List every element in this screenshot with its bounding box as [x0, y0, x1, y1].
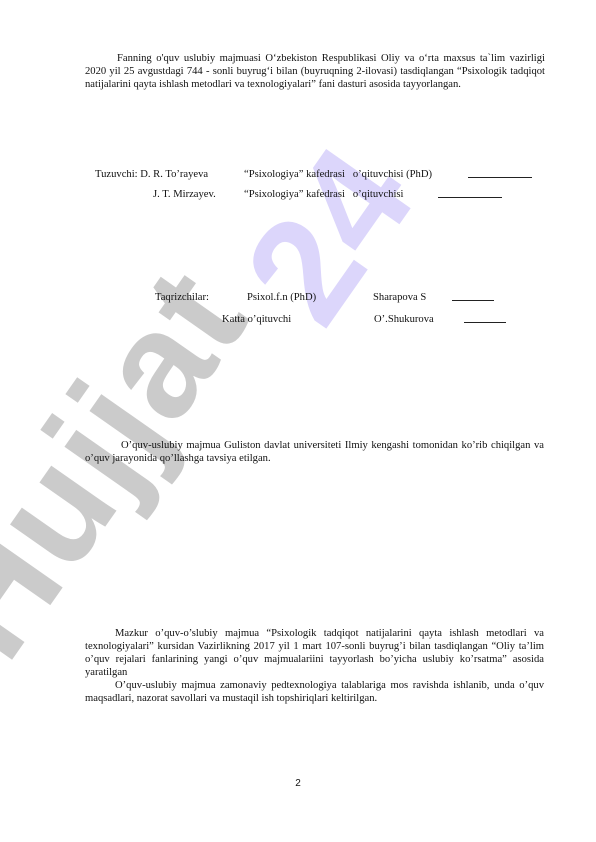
author-1-role: “Psixologiya” kafedrasi o’qituvchisi (Ph…: [244, 168, 432, 181]
reviewer-1-title: Psixol.f.n (PhD): [247, 291, 316, 304]
author-position: o’qituvchisi: [353, 189, 404, 200]
authors-label: Tuzuvchi:: [95, 169, 138, 180]
author-name: J. T. Mirzayev.: [153, 189, 216, 200]
author-1-signature: [468, 168, 532, 182]
reviewer-2-title: Katta o’qituvchi: [222, 313, 291, 326]
reviewer-1-name: Sharapova S: [373, 291, 426, 304]
signature-line: [438, 188, 502, 198]
author-department: “Psixologiya” kafedrasi: [244, 189, 345, 200]
author-row-2: J. T. Mirzayev.: [153, 188, 216, 201]
author-2-signature: [438, 188, 502, 202]
summary-paragraph-1: Mazkur o’quv-o’slubiy majmua “Psixologik…: [85, 627, 544, 679]
approval-paragraph: O’quv-uslubiy majmua Guliston davlat uni…: [85, 439, 544, 465]
signature-line: [468, 168, 532, 178]
author-department: “Psixologiya” kafedrasi: [244, 169, 345, 180]
reviewers-label: Taqrizchilar:: [155, 291, 209, 304]
reviewer-1-signature: [452, 291, 494, 305]
reviewer-2-signature: [464, 313, 506, 327]
reviewer-2-name: O’.Shukurova: [374, 313, 434, 326]
summary-paragraph-2: O’quv-uslubiy majmua zamonaviy pedtexnol…: [85, 679, 544, 705]
page-number: 2: [0, 778, 596, 789]
signature-line: [464, 313, 506, 323]
signature-line: [452, 291, 494, 301]
author-name: D. R. To’rayeva: [140, 169, 208, 180]
document-page: Fanning o'quv uslubiy majmuasi O‘zbekist…: [0, 0, 596, 842]
author-position: o’qituvchisi (PhD): [353, 169, 432, 180]
author-2-role: “Psixologiya” kafedrasi o’qituvchisi: [244, 188, 403, 201]
intro-paragraph: Fanning o'quv uslubiy majmuasi O‘zbekist…: [85, 52, 545, 91]
author-row-1: Tuzuvchi: D. R. To’rayeva: [95, 168, 208, 181]
